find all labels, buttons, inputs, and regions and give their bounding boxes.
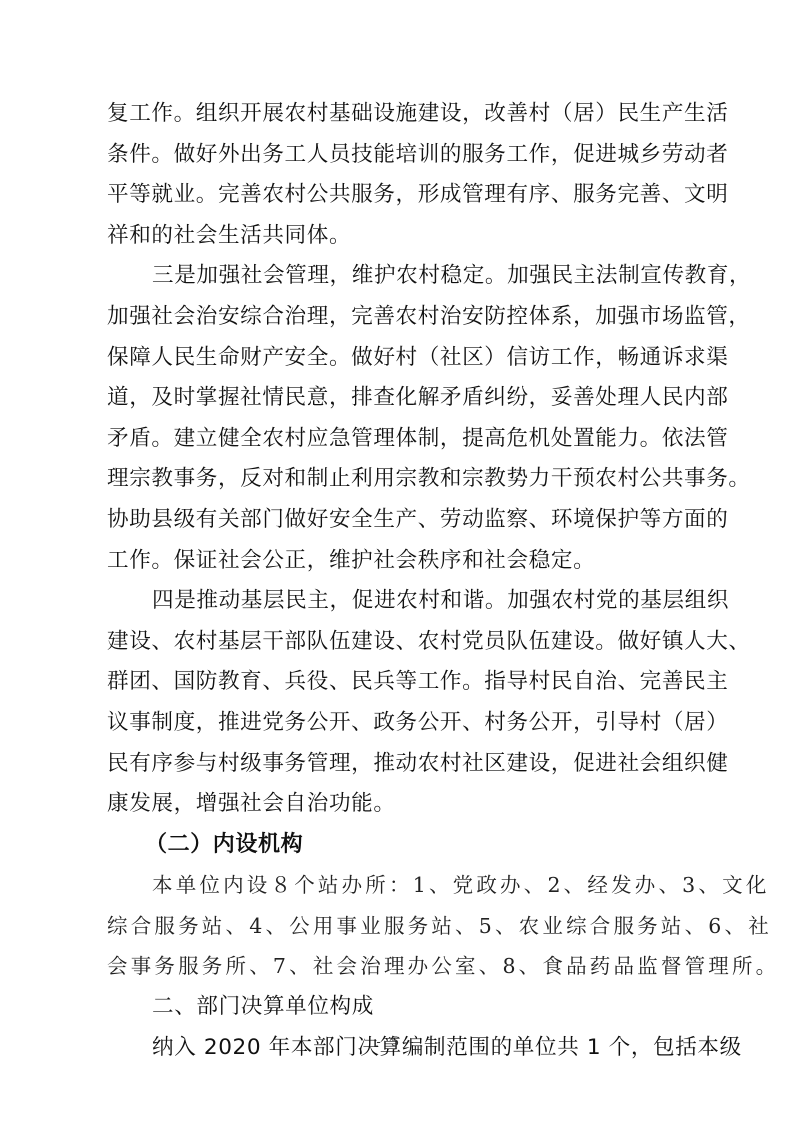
text-line: 平等就业。完善农村公共服务，形成管理有序、服务完善、文明: [107, 175, 701, 216]
text-line: 建设、农村基层干部队伍建设、农村党员队伍建设。做好镇人大、: [107, 622, 701, 663]
paragraph-continued: 复工作。组织开展农村基础设施建设，改善村（居）民生产生活 条件。做好外出务工人员…: [107, 94, 701, 256]
text-line: 民有序参与村级事务管理，推动农村社区建设，促进社会组织健: [107, 744, 701, 785]
text-line: 协助县级有关部门做好安全生产、劳动监察、环境保护等方面的: [107, 500, 701, 541]
text-line: 道，及时掌握社情民意，排查化解矛盾纠纷，妥善处理人民内部: [107, 378, 701, 419]
page-number: - 5 -: [0, 1035, 793, 1050]
section-heading-internal-structure: （二）内设机构: [107, 825, 701, 866]
text-line: 三是加强社会管理，维护农村稳定。加强民主法制宣传教育，: [107, 256, 701, 297]
text-line: 复工作。组织开展农村基础设施建设，改善村（居）民生产生活: [107, 94, 701, 135]
paragraph-social-management: 三是加强社会管理，维护农村稳定。加强民主法制宣传教育， 加强社会治安综合治理，完…: [107, 256, 701, 581]
text-line: 本单位内设８个站办所：1、党政办、2、经发办、3、文化: [107, 865, 701, 906]
text-line: 祥和的社会生活共同体。: [107, 216, 701, 257]
paragraph-grassroots-democracy: 四是推动基层民主，促进农村和谐。加强农村党的基层组织 建设、农村基层干部队伍建设…: [107, 581, 701, 825]
text-line: 议事制度，推进党务公开、政务公开、村务公开，引导村（居）: [107, 703, 701, 744]
paragraph-internal-structure: 本单位内设８个站办所：1、党政办、2、经发办、3、文化 综合服务站、4、公用事业…: [107, 865, 701, 987]
text-line: 群团、国防教育、兵役、民兵等工作。指导村民自治、完善民主: [107, 662, 701, 703]
text-line: 工作。保证社会公正，维护社会秩序和社会稳定。: [107, 541, 701, 582]
document-page: 复工作。组织开展农村基础设施建设，改善村（居）民生产生活 条件。做好外出务工人员…: [107, 94, 701, 1068]
subsection-heading-unit-composition: 二、部门决算单位构成: [107, 987, 701, 1028]
text-line: 综合服务站、4、公用事业服务站、5、农业综合服务站、6、社: [107, 906, 701, 947]
text-line: 矛盾。建立健全农村应急管理体制，提高危机处置能力。依法管: [107, 419, 701, 460]
text-line: 条件。做好外出务工人员技能培训的服务工作，促进城乡劳动者: [107, 135, 701, 176]
text-line: 会事务服务所、7、社会治理办公室、8、食品药品监督管理所。: [107, 946, 701, 987]
text-line: 康发展，增强社会自治功能。: [107, 784, 701, 825]
text-line: 保障人民生命财产安全。做好村（社区）信访工作，畅通诉求渠: [107, 338, 701, 379]
text-line: 加强社会治安综合治理，完善农村治安防控体系，加强市场监管，: [107, 297, 701, 338]
text-line: 四是推动基层民主，促进农村和谐。加强农村党的基层组织: [107, 581, 701, 622]
text-line: 理宗教事务，反对和制止利用宗教和宗教势力干预农村公共事务。: [107, 459, 701, 500]
